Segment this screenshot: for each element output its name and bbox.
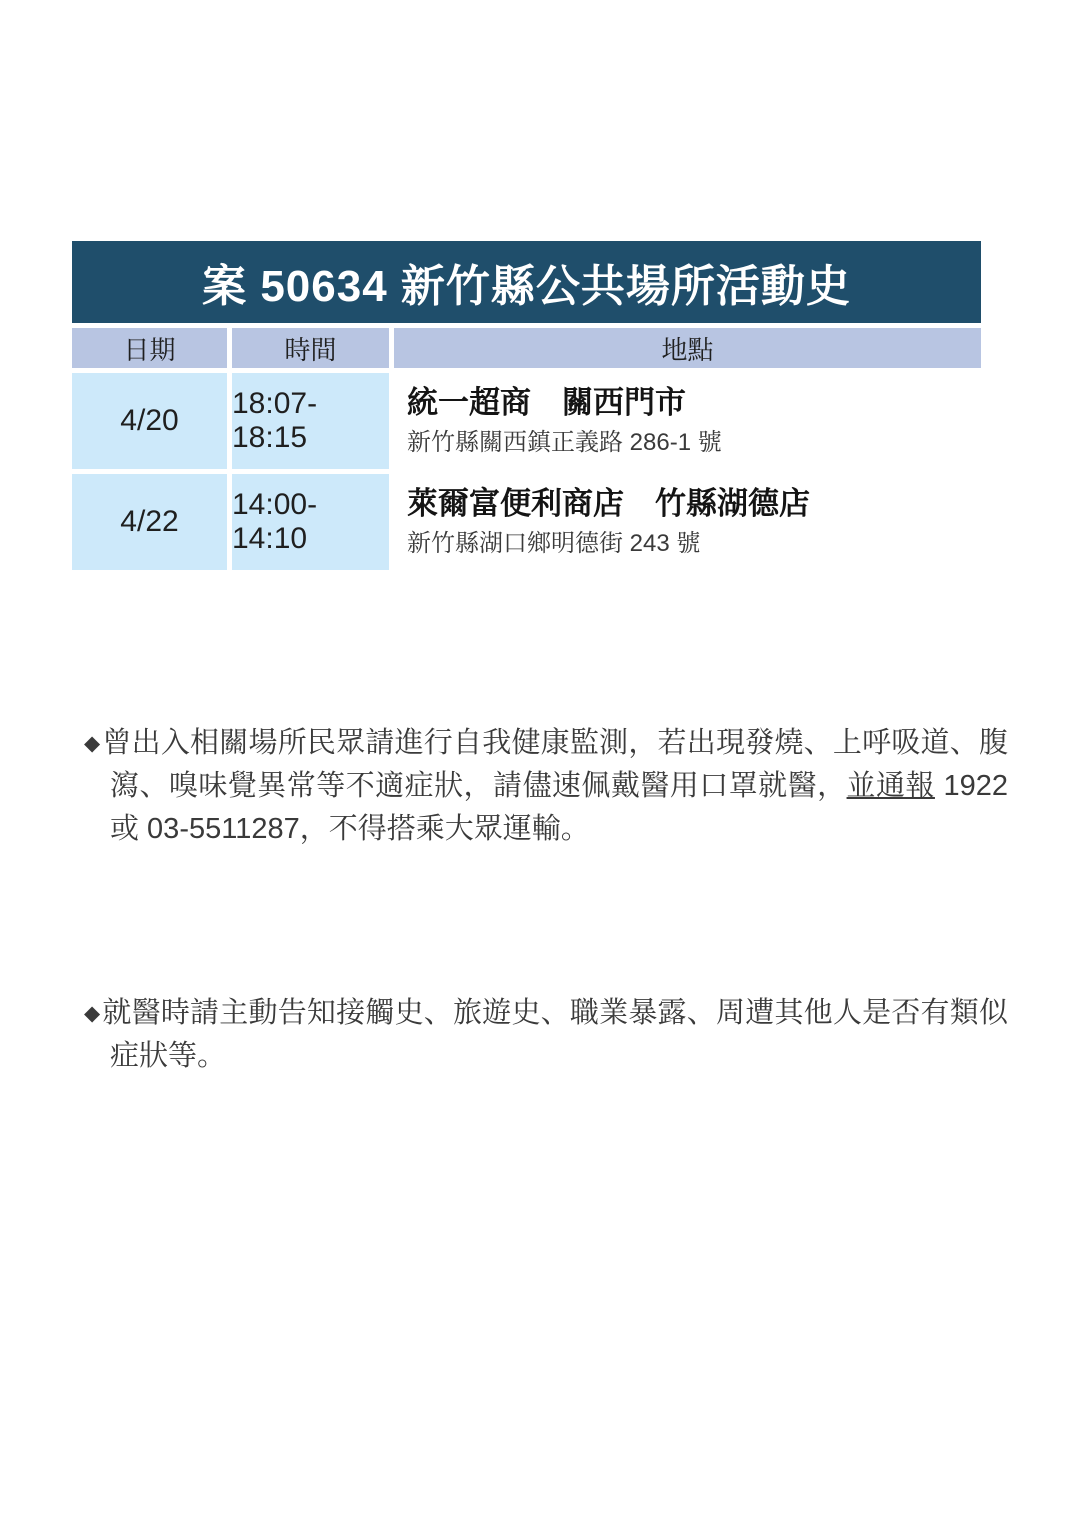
column-header-time: 時間 <box>232 328 389 368</box>
place-name: 萊爾富便利商店 竹縣湖德店 <box>407 487 981 521</box>
doctor-visit-note: ◆就醫時請主動告知接觸史、旅遊史、職業暴露、周遭其他人是否有類似症狀等。 <box>84 992 1008 1078</box>
place-address: 新竹縣湖口鄉明德街 243 號 <box>407 531 981 557</box>
table-row-1-place: 統一超商 關西門市 新竹縣關西鎮正義路 286-1 號 <box>394 373 981 469</box>
place-address: 新竹縣關西鎮正義路 286-1 號 <box>407 430 981 456</box>
table-row-2-place: 萊爾富便利商店 竹縣湖德店 新竹縣湖口鄉明德街 243 號 <box>394 474 981 570</box>
column-header-date: 日期 <box>72 328 227 368</box>
note-text: 就醫時請主動告知接觸史、旅遊史、職業暴露、周遭其他人是否有類似症狀等。 <box>102 997 1008 1072</box>
table-row-1-date: 4/20 <box>72 373 227 469</box>
health-advisory-note: ◆曾出入相關場所民眾請進行自我健康監測，若出現發燒、上呼吸道、腹瀉、嗅味覺異常等… <box>84 722 1008 851</box>
note-text-underlined: 並通報 <box>847 770 935 802</box>
column-header-place: 地點 <box>394 328 981 368</box>
place-name: 統一超商 關西門市 <box>407 386 981 420</box>
activity-history-table: 案 50634 新竹縣公共場所活動史 日期 時間 地點 4/20 18:07-1… <box>72 241 981 570</box>
table-row-2-date: 4/22 <box>72 474 227 570</box>
table-row-1-time: 18:07-18:15 <box>232 373 389 469</box>
table-title: 案 50634 新竹縣公共場所活動史 <box>72 241 981 323</box>
diamond-bullet-icon: ◆ <box>84 1002 100 1025</box>
page: 案 50634 新竹縣公共場所活動史 日期 時間 地點 4/20 18:07-1… <box>0 0 1076 1522</box>
diamond-bullet-icon: ◆ <box>84 732 100 755</box>
table-row-2-time: 14:00-14:10 <box>232 474 389 570</box>
